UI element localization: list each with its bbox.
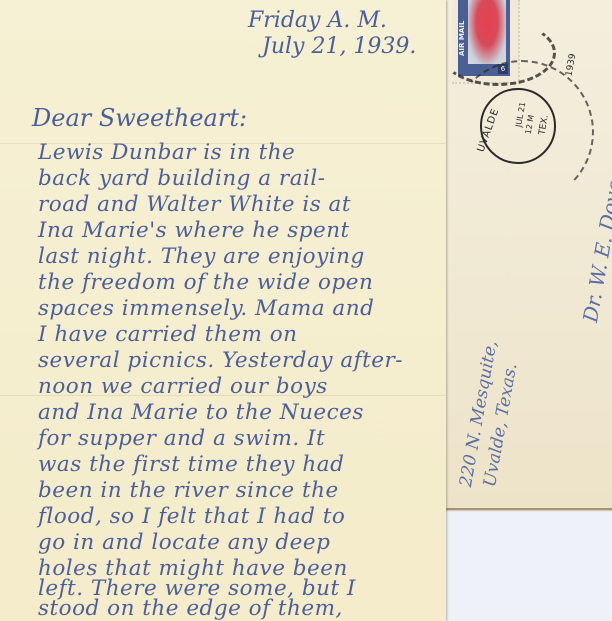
letter-line: back yard building a rail- <box>38 166 326 191</box>
postmark-state: TEX. <box>537 114 550 136</box>
letter-line: several picnics. Yesterday after- <box>38 348 403 373</box>
letter-line: I have carried them on <box>38 322 298 347</box>
letter-line: and Ina Marie to the Nueces <box>38 400 364 425</box>
letter-line: go in and locate any deep <box>38 530 330 555</box>
letter-line: stood on the edge of them, <box>38 596 343 621</box>
postmark-time: 12 M <box>524 114 536 135</box>
letter-line: spaces immensely. Mama and <box>38 296 374 321</box>
letter-line: for supper and a swim. It <box>38 426 325 451</box>
postmark: UVALDE JUL 21 12 M TEX. <box>480 88 556 164</box>
letter-line: the freedom of the wide open <box>38 270 373 295</box>
letter-salutation: Dear Sweetheart: <box>32 104 247 132</box>
letter-page: Friday A. M. July 21, 1939. Dear Sweethe… <box>0 0 446 621</box>
recipient-name: Dr. W. E. Dove, <box>578 172 612 325</box>
letter-line: flood, so I felt that I had to <box>38 504 345 529</box>
envelope: AIR MAIL 6 UVALDE JUL 21 12 M TEX. 1939 … <box>440 0 612 510</box>
letter-line: noon we carried our boys <box>38 374 328 399</box>
letter-line: Ina Marie's where he spent <box>38 218 350 243</box>
letter-line: last night. They are enjoying <box>38 244 365 269</box>
letter-line: Lewis Dunbar is in the <box>38 140 295 165</box>
letter-line: been in the river since the <box>38 478 339 503</box>
letter-line: was the first time they had <box>38 452 344 477</box>
letter-line: road and Walter White is at <box>38 192 351 217</box>
letter-date: July 21, 1939. <box>262 34 416 59</box>
postmark-year: 1939 <box>565 53 579 77</box>
letter-date-day: Friday A. M. <box>248 8 387 33</box>
